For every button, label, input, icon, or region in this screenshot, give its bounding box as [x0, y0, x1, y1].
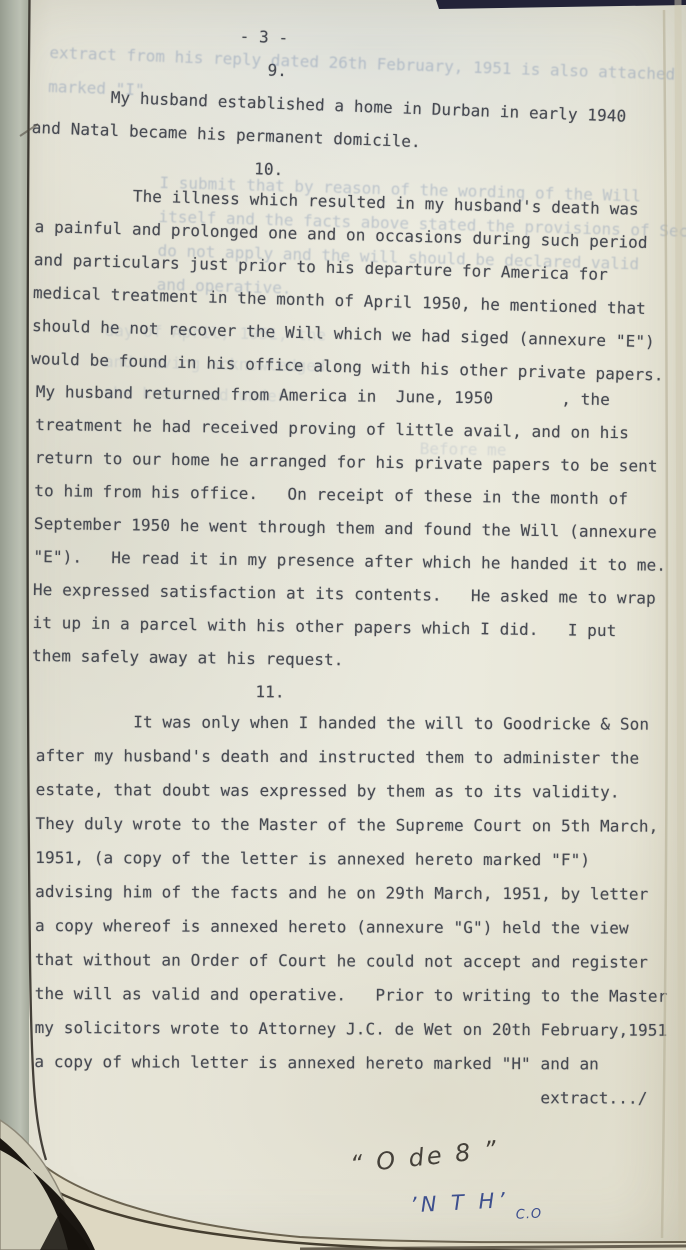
typed-line: that without an Order of Court he could … [35, 943, 668, 980]
typed-line: advising him of the facts and he on 29th… [35, 875, 668, 912]
ghost-line: day of April, 1951, the [104, 315, 326, 351]
typed-line: They duly wrote to the Master of the Sup… [35, 807, 668, 844]
document-photo: - 3 - 9. My husband established a home i… [0, 0, 686, 1250]
ghost-line: she knows and under- [103, 377, 325, 413]
typed-line: after my husband's death and instructed … [36, 739, 669, 776]
typed-block-section11: It was only when I handed the will to Go… [34, 705, 668, 1116]
typed-line: a copy of which letter is annexed hereto… [34, 1045, 667, 1082]
typed-line: my solicitors wrote to Attorney J.C. de … [35, 1011, 668, 1048]
ghost-text-middle: I submit that by reason of the wording o… [156, 166, 686, 318]
typed-line: estate, that doubt was expressed by them… [36, 773, 669, 810]
typed-line: It was only when I handed the will to Go… [36, 705, 669, 742]
ghost-line: and having acknowledged [104, 346, 326, 382]
ghost-text-before-me: Before me [419, 432, 506, 468]
typed-line: extract.../ [34, 1079, 667, 1116]
ghost-text-jurat: day of April, 1951, theand having acknow… [103, 315, 326, 413]
typed-line: a copy whereof is annexed hereto (annexu… [35, 909, 668, 946]
handwritten-co: C.O [515, 1206, 542, 1222]
ghost-line: Before me [419, 432, 506, 468]
handwritten-annotation-nth-co: ’N T H’C.O [409, 1187, 536, 1218]
typed-line: the will as valid and operative. Prior t… [35, 977, 668, 1014]
underlying-page-strip [0, 0, 29, 1250]
typed-line: 1951, (a copy of the letter is annexed h… [35, 841, 668, 878]
typed-block-section10-lower: My husband returned from America in June… [31, 375, 668, 714]
